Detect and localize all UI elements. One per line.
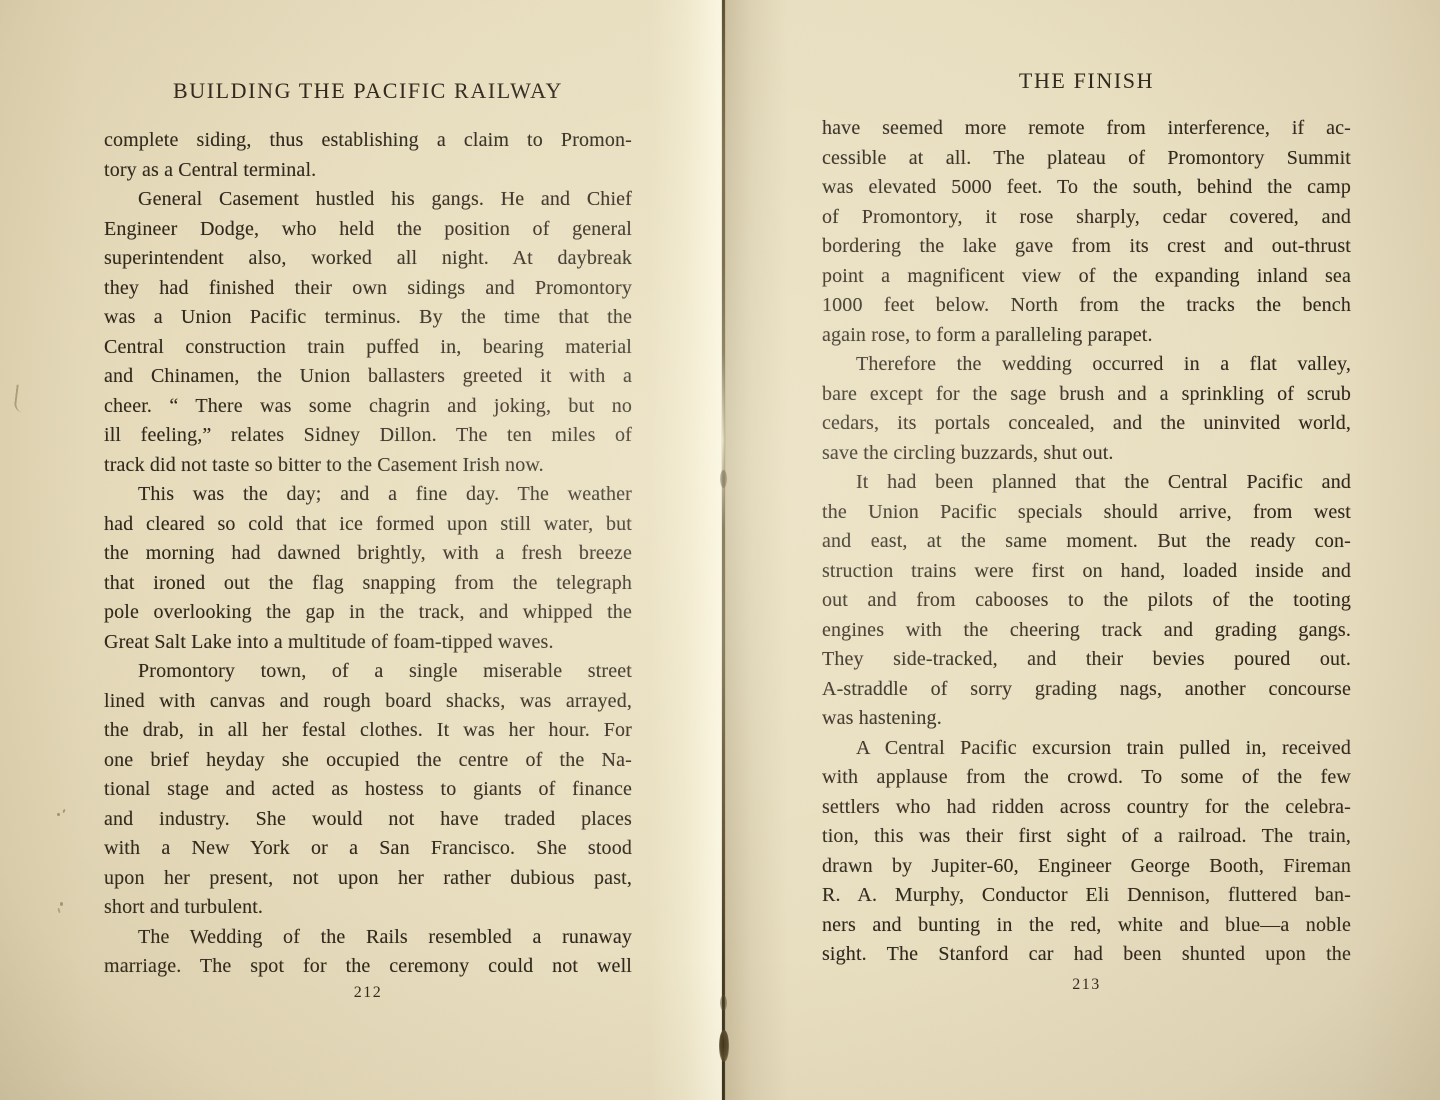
text-line: bare except for the sage brush and a spr… [822, 380, 1351, 410]
text-line: tion, this was their first sight of a ra… [822, 822, 1351, 852]
text-line: the drab, in all her festal clothes. It … [104, 716, 632, 746]
text-line: the morning had dawned brightly, with a … [104, 539, 632, 569]
text-line: of Promontory, it rose sharply, cedar co… [822, 203, 1351, 233]
book-spread: BUILDING THE PACIFIC RAILWAY complete si… [0, 0, 1440, 1100]
left-page-number: 212 [104, 984, 632, 1002]
text-line: R. A. Murphy, Conductor Eli Dennison, fl… [822, 881, 1351, 911]
text-line: ners and bunting in the red, white and b… [822, 911, 1351, 941]
text-line: The Wedding of the Rails resembled a run… [104, 923, 632, 953]
text-line: A-straddle of sorry grading nags, anothe… [822, 675, 1351, 705]
text-line: point a magnificent view of the expandin… [822, 262, 1351, 292]
text-line: again rose, to form a paralleling parape… [822, 321, 1351, 351]
text-line: A Central Pacific excursion train pulled… [822, 734, 1351, 764]
text-line: that ironed out the flag snapping from t… [104, 569, 632, 599]
text-line: They side-tracked, and their bevies pour… [822, 645, 1351, 675]
text-line: This was the day; and a fine day. The we… [104, 480, 632, 510]
text-line: have seemed more remote from interferenc… [822, 114, 1351, 144]
text-line: struction trains were first on hand, loa… [822, 557, 1351, 587]
text-line: settlers who had ridden across country f… [822, 793, 1351, 823]
text-line: cessible at all. The plateau of Promonto… [822, 144, 1351, 174]
text-line: cedars, its portals concealed, and the u… [822, 409, 1351, 439]
text-line: lined with canvas and rough board shacks… [104, 687, 632, 717]
text-line: bordering the lake gave from its crest a… [822, 232, 1351, 262]
stray-pencil-mark [13, 385, 25, 413]
stray-dot-mark [57, 813, 60, 816]
text-line: Great Salt Lake into a multitude of foam… [104, 628, 632, 658]
text-line: Promontory town, of a single miserable s… [104, 657, 632, 687]
text-line: they had finished their own sidings and … [104, 274, 632, 304]
right-page-number: 213 [822, 976, 1351, 994]
left-page-text: complete siding, thus establishing a cla… [104, 126, 632, 982]
binding-stitch-knot [719, 1030, 729, 1062]
text-line: one brief heyday she occupied the centre… [104, 746, 632, 776]
text-line: 1000 feet below. North from the tracks t… [822, 291, 1351, 321]
text-line: and east, at the same moment. But the re… [822, 527, 1351, 557]
text-line: was elevated 5000 feet. To the south, be… [822, 173, 1351, 203]
text-line: complete siding, thus establishing a cla… [104, 126, 632, 156]
text-line: save the circling buzzards, shut out. [822, 439, 1351, 469]
text-line: and Chinamen, the Union ballasters greet… [104, 362, 632, 392]
text-line: the Union Pacific specials should arrive… [822, 498, 1351, 528]
text-line: was hastening. [822, 704, 1351, 734]
text-line: had cleared so cold that ice formed upon… [104, 510, 632, 540]
text-line: tional stage and acted as hostess to gia… [104, 775, 632, 805]
text-line: General Casement hustled his gangs. He a… [104, 185, 632, 215]
stray-dot-mark [60, 902, 63, 906]
text-line: sight. The Stanford car had been shunted… [822, 940, 1351, 970]
left-running-head: BUILDING THE PACIFIC RAILWAY [104, 78, 632, 104]
text-line: marriage. The spot for the ceremony coul… [104, 952, 632, 982]
text-line: pole overlooking the gap in the track, a… [104, 598, 632, 628]
text-line: track did not taste so bitter to the Cas… [104, 451, 632, 481]
text-line: tory as a Central terminal. [104, 156, 632, 186]
text-line: ill feeling,” relates Sidney Dillon. The… [104, 421, 632, 451]
binding-seam-line [722, 0, 725, 1100]
text-line: and industry. She would not have traded … [104, 805, 632, 835]
right-running-head: THE FINISH [822, 68, 1351, 94]
stray-dot-mark [62, 809, 65, 813]
text-line: with applause from the crowd. To some of… [822, 763, 1351, 793]
binding-stitch-mark [720, 995, 727, 1011]
text-line: upon her present, not upon her rather du… [104, 864, 632, 894]
text-line: It had been planned that the Central Pac… [822, 468, 1351, 498]
text-line: Engineer Dodge, who held the position of… [104, 215, 632, 245]
gutter-highlight [650, 0, 723, 1100]
gutter-shadow [724, 0, 788, 1100]
right-page-text: have seemed more remote from interferenc… [822, 114, 1351, 970]
text-line: out and from cabooses to the pilots of t… [822, 586, 1351, 616]
binding-stitch-mark [720, 470, 727, 488]
stray-dot-mark [57, 908, 60, 913]
text-line: short and turbulent. [104, 893, 632, 923]
text-line: cheer. “ There was some chagrin and joki… [104, 392, 632, 422]
text-line: drawn by Jupiter-60, Engineer George Boo… [822, 852, 1351, 882]
text-line: was a Union Pacific terminus. By the tim… [104, 303, 632, 333]
text-line: with a New York or a San Francisco. She … [104, 834, 632, 864]
text-line: Therefore the wedding occurred in a flat… [822, 350, 1351, 380]
text-line: Central construction train puffed in, be… [104, 333, 632, 363]
text-line: superintendent also, worked all night. A… [104, 244, 632, 274]
text-line: engines with the cheering track and grad… [822, 616, 1351, 646]
